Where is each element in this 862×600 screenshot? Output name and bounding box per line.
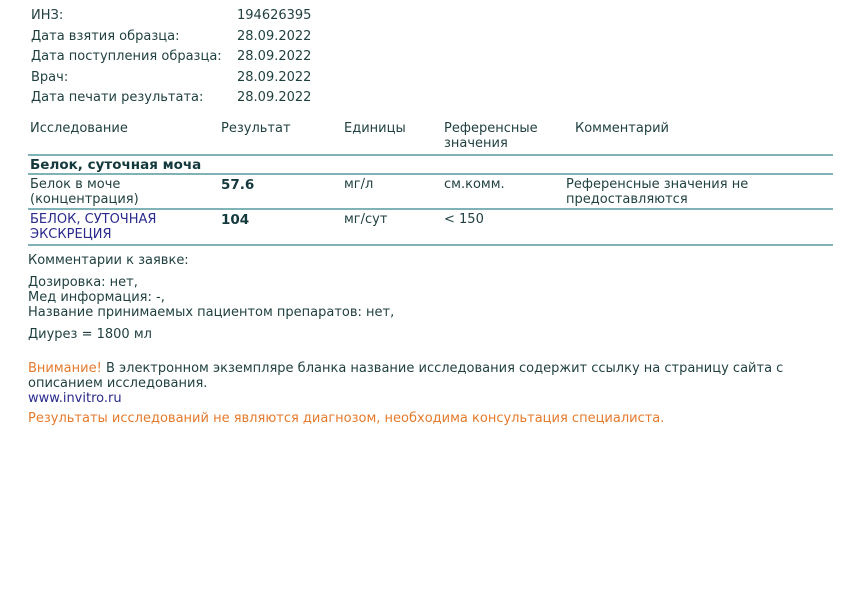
info-label: Врач: (31, 68, 68, 89)
study-link-line1[interactable]: БЕЛОК, СУТОЧНАЯ (30, 212, 156, 227)
website-link[interactable]: www.invitro.ru (28, 391, 848, 406)
group-title: Белок, суточная моча (30, 157, 201, 173)
reference: < 150 (444, 213, 484, 228)
study-name-line2: (концентрация) (30, 192, 139, 207)
study-name: Белок в моче (концентрация) (30, 178, 210, 207)
units: мг/сут (344, 213, 387, 228)
info-value: 28.09.2022 (237, 47, 311, 68)
disclaimer: Результаты исследований не являются диаг… (28, 411, 664, 426)
header-reference-line1: Референсные (444, 121, 538, 136)
comment-line2: предоставляются (566, 192, 688, 207)
diuresis: Диурез = 1800 мл (28, 327, 394, 342)
study-link-line2[interactable]: ЭКСКРЕЦИЯ (30, 227, 112, 242)
study-link[interactable]: БЕЛОК, СУТОЧНАЯ ЭКСКРЕЦИЯ (30, 213, 210, 242)
info-label: Дата печати результата: (31, 88, 203, 109)
comment: Референсные значения не предоставляются (566, 178, 806, 207)
info-label: Дата взятия образца: (31, 27, 179, 48)
result-value: 104 (221, 213, 249, 228)
notice-text: В электронном экземпляре бланка название… (28, 361, 783, 391)
info-label: Дата поступления образца: (31, 47, 222, 68)
comment-line: Дозировка: нет, (28, 275, 394, 290)
header-result: Результат (221, 121, 291, 136)
reference: см.комм. (444, 178, 505, 193)
table-header: Исследование Результат Единицы Референсн… (28, 118, 833, 154)
comment-line1: Референсные значения не (566, 177, 748, 192)
notice: Внимание! В электронном экземпляре бланк… (28, 361, 848, 406)
header-reference: Референсные значения (444, 121, 538, 151)
table-row: БЕЛОК, СУТОЧНАЯ ЭКСКРЕЦИЯ 104 мг/сут < 1… (28, 210, 833, 244)
units: мг/л (344, 178, 373, 193)
group-row: Белок, суточная моча (28, 156, 833, 173)
table-row: Белок в моче (концентрация) 57.6 мг/л см… (28, 175, 833, 208)
study-name-line1: Белок в моче (30, 177, 120, 192)
header-study: Исследование (30, 121, 210, 136)
info-value: 194626395 (237, 6, 311, 27)
info-value: 28.09.2022 (237, 27, 311, 48)
comment-line: Мед информация: -, (28, 290, 394, 305)
warning-label: Внимание! (28, 361, 102, 376)
info-value: 28.09.2022 (237, 88, 311, 109)
comment-line: Название принимаемых пациентом препарато… (28, 305, 394, 320)
comments-title: Комментарии к заявке: (28, 253, 394, 268)
info-value: 28.09.2022 (237, 68, 311, 89)
result-value: 57.6 (221, 178, 254, 193)
header-reference-line2: значения (444, 136, 508, 151)
header-comment: Комментарий (575, 121, 815, 136)
order-comments: Комментарии к заявке: Дозировка: нет, Ме… (28, 253, 394, 342)
header-units: Единицы (344, 121, 406, 136)
results-table: Исследование Результат Единицы Референсн… (28, 118, 833, 246)
table-rule (28, 244, 833, 246)
info-label: ИНЗ: (31, 6, 63, 27)
